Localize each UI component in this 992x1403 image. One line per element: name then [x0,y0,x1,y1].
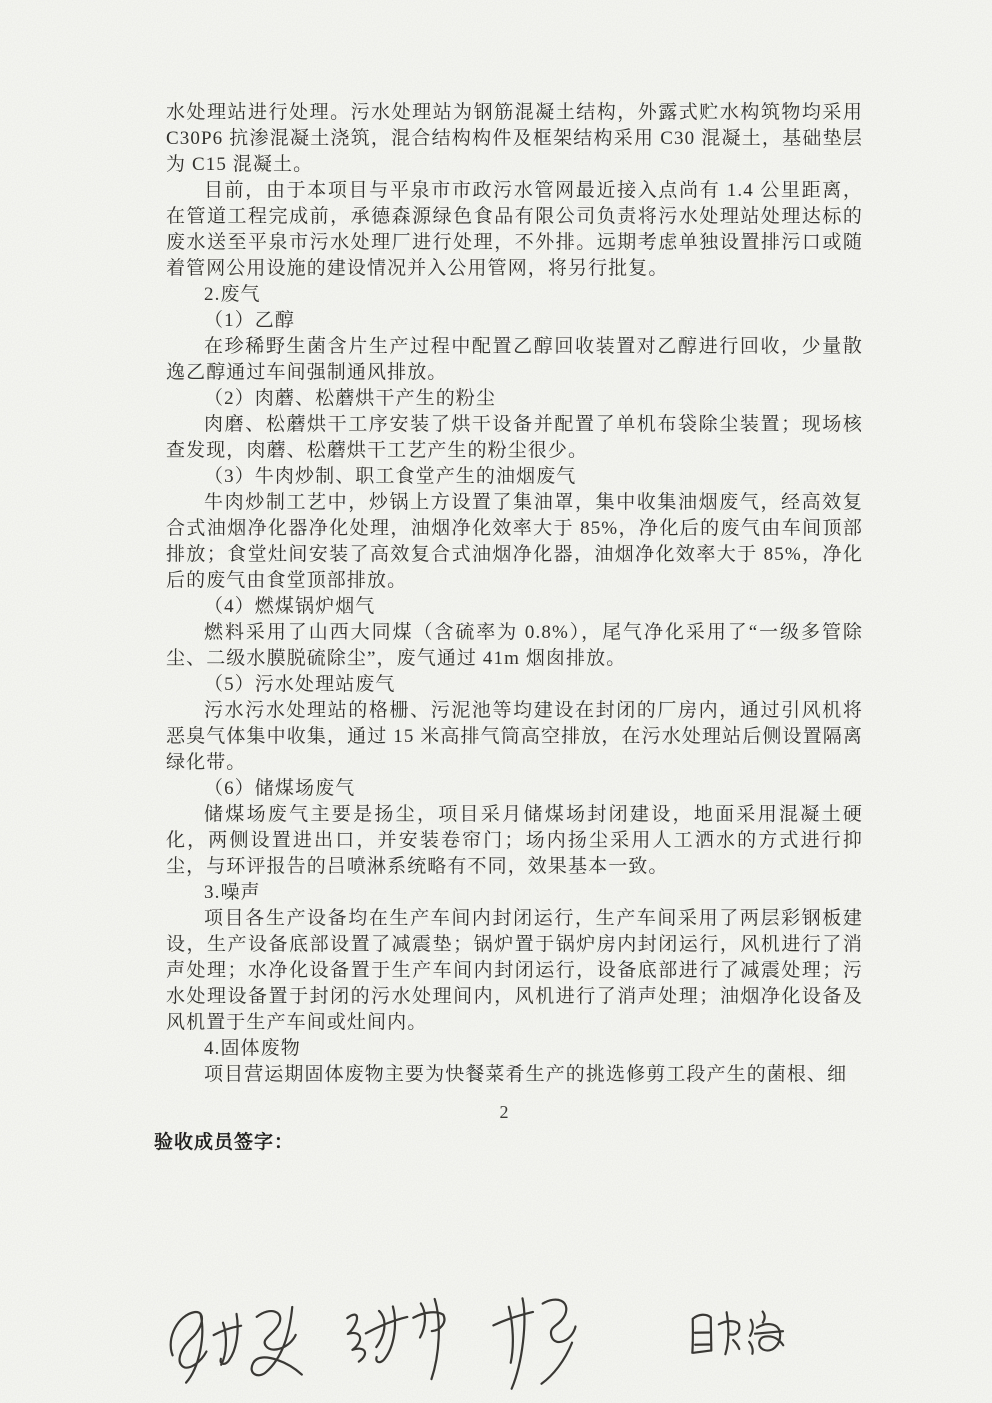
handwritten-signature-1 [155,1288,315,1396]
paragraph: 项目营运期固体废物主要为快餐菜肴生产的挑选修剪工段产生的菌根、细 [166,1062,863,1088]
paragraph: 牛肉炒制工艺中，炒锅上方设置了集油罩，集中收集油烟废气，经高效复合式油烟净化器净… [166,490,863,594]
paragraph: 项目各生产设备均在生产车间内封闭运行，生产车间采用了两层彩钢板建设，生产设备底部… [166,906,863,1036]
paragraph: 2.废气 [166,282,863,308]
paragraph: 在珍稀野生菌含片生产过程中配置乙醇回收装置对乙醇进行回收，少量散逸乙醇通过车间强… [166,334,863,386]
paragraph: 储煤场废气主要是扬尘，项目采月储煤场封闭建设，地面采用混凝土硬化，两侧设置进出口… [166,802,863,880]
page-number: 2 [166,1102,842,1123]
document-page: 水处理站进行处理。污水处理站为钢筋混凝土结构，外露式贮水构筑物均采用C30P6 … [0,0,992,1403]
paragraph: 燃料采用了山西大同煤（含硫率为 0.8%），尾气净化采用了“一级多管除尘、二级水… [166,620,863,672]
paragraph: 污水污水处理站的格栅、污泥池等均建设在封闭的厂房内，通过引风机将恶臭气体集中收集… [166,698,863,776]
document-body: 水处理站进行处理。污水处理站为钢筋混凝土结构，外露式贮水构筑物均采用C30P6 … [166,100,863,1088]
paragraph: （5）污水处理站废气 [166,672,863,698]
handwritten-signature-4 [682,1301,793,1365]
paragraph: 3.噪声 [166,880,863,906]
paragraph: （3）牛肉炒制、职工食堂产生的油烟废气 [166,464,863,490]
paragraph: （1）乙醇 [166,308,863,334]
paragraph: 水处理站进行处理。污水处理站为钢筋混凝土结构，外露式贮水构筑物均采用C30P6 … [166,100,863,178]
signature-section-label: 验收成员签字： [154,1127,294,1154]
paragraph: 肉磨、松蘑烘干工序安装了烘干设备并配置了单机布袋除尘装置；现场核查发现，肉蘑、松… [166,412,863,464]
handwritten-signature-3 [478,1282,587,1401]
handwritten-signature-2 [334,1286,477,1391]
paragraph: 4.固体废物 [166,1036,863,1062]
paragraph: （2）肉蘑、松蘑烘干产生的粉尘 [166,386,863,412]
paragraph: （6）储煤场废气 [166,776,863,802]
paragraph: （4）燃煤锅炉烟气 [166,594,863,620]
paragraph: 目前，由于本项目与平泉市市政污水管网最近接入点尚有 1.4 公里距离，在管道工程… [166,178,863,282]
